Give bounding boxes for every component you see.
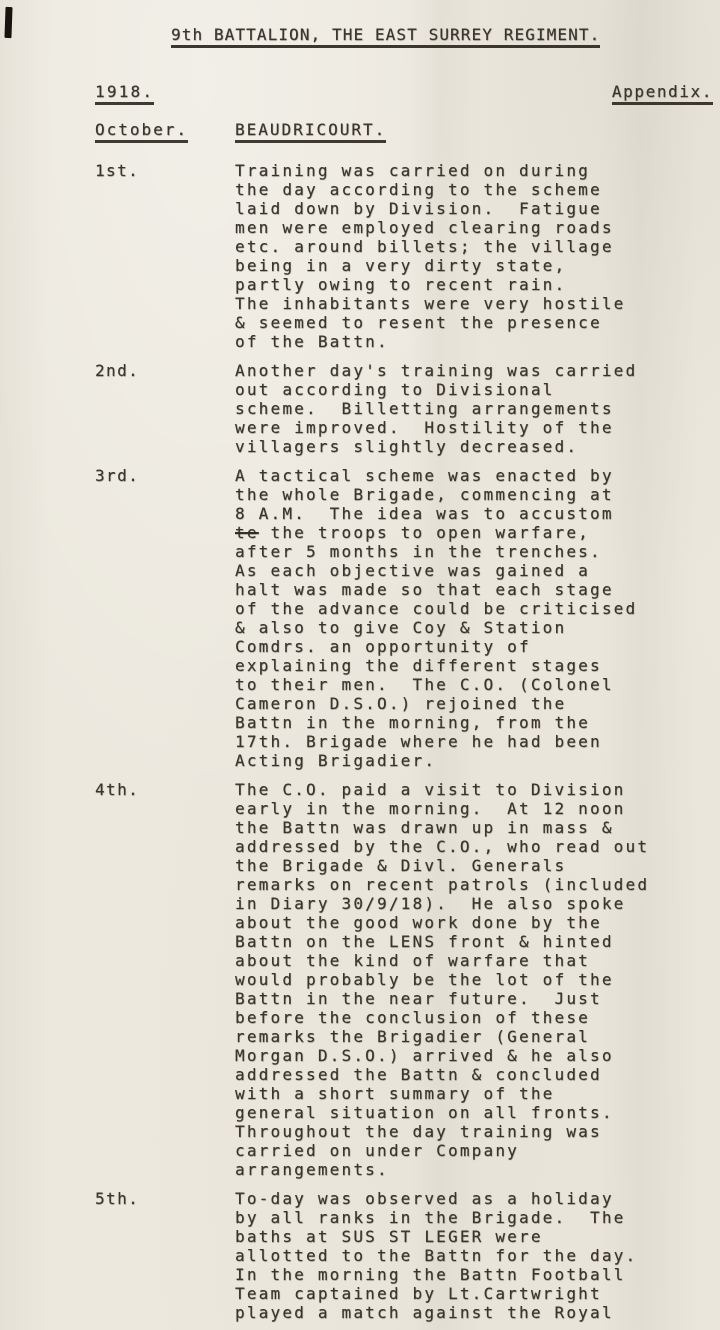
entry-text-line: Training was carried on during: [235, 161, 625, 180]
entry-text-line: by all ranks in the Brigade. The: [235, 1208, 637, 1227]
entry-text-line: etc. around billets; the village: [235, 237, 625, 256]
year-label: 1918.: [95, 83, 154, 105]
month-label: October.: [95, 121, 188, 143]
entry-text-line: general situation on all fronts.: [235, 1103, 649, 1122]
entry-text-line: of the advance could be criticised: [235, 599, 637, 618]
entry-text-line: Throughout the day training was: [235, 1122, 649, 1141]
location-heading: BEAUDRICOURT.: [235, 121, 386, 143]
diary-entries: 1st.Training was carried on duringthe da…: [95, 161, 720, 1330]
entry-text-line: Team captained by Lt.Cartwright: [235, 1284, 637, 1303]
diary-entry: 5th.To-day was observed as a holidayby a…: [95, 1189, 720, 1322]
entry-text: The C.O. paid a visit to Divisionearly i…: [235, 780, 649, 1179]
entry-text-line: 8 A.M. The idea was to accustom: [235, 504, 637, 523]
entry-text-line: In the morning the Battn Football: [235, 1265, 637, 1284]
entry-text-line: about the kind of warfare that: [235, 951, 649, 970]
entry-text-line: laid down by Division. Fatigue: [235, 199, 625, 218]
year-row: 1918. Appendix.: [95, 83, 713, 105]
entry-text-line: The inhabitants were very hostile: [235, 294, 625, 313]
entry-text-line: te the troops to open warfare,: [235, 523, 637, 542]
entry-text-line: early in the morning. At 12 noon: [235, 799, 649, 818]
entry-text-line: carried on under Company: [235, 1141, 649, 1160]
entry-text-line: to their men. The C.O. (Colonel: [235, 675, 637, 694]
entry-text-line: Morgan D.S.O.) arrived & he also: [235, 1046, 649, 1065]
entry-text-line: baths at SUS ST LEGER were: [235, 1227, 637, 1246]
entry-day-label: 1st.: [95, 161, 235, 351]
war-diary-page: 9th BATTALION, THE EAST SURREY REGIMENT.…: [0, 0, 720, 1330]
diary-entry: 3rd.A tactical scheme was enacted bythe …: [95, 466, 720, 770]
entry-text-line: after 5 months in the trenches.: [235, 542, 637, 561]
entry-text-line: the whole Brigade, commencing at: [235, 485, 637, 504]
entry-text-line: Comdrs. an opportunity of: [235, 637, 637, 656]
month-cell: October.: [95, 121, 235, 143]
entry-text-line: remarks on recent patrols (included: [235, 875, 649, 894]
entry-text-line: addressed the Battn & concluded: [235, 1065, 649, 1084]
entry-day-label: 2nd.: [95, 361, 235, 456]
appendix-label: Appendix.: [612, 83, 713, 105]
entry-text-line: 17th. Brigade where he had been: [235, 732, 637, 751]
entry-text-line: To-day was observed as a holiday: [235, 1189, 637, 1208]
entry-text-line: addressed by the C.O., who read out: [235, 837, 649, 856]
page-title: 9th BATTALION, THE EAST SURREY REGIMENT.: [171, 26, 600, 48]
entry-text: To-day was observed as a holidayby all r…: [235, 1189, 637, 1322]
entry-text-line: scheme. Billetting arrangements: [235, 399, 637, 418]
diary-entry: 4th.The C.O. paid a visit to Divisionear…: [95, 780, 720, 1179]
entry-text-line: Cameron D.S.O.) rejoined the: [235, 694, 637, 713]
entry-text-line: & seemed to resent the presence: [235, 313, 625, 332]
entry-text-line: & also to give Coy & Station: [235, 618, 637, 637]
entry-text-line: men were employed clearing roads: [235, 218, 625, 237]
diary-entry: 2nd.Another day's training was carriedou…: [95, 361, 720, 456]
entry-text-line: out according to Divisional: [235, 380, 637, 399]
entry-text-line: Battn in the near future. Just: [235, 989, 649, 1008]
entry-text-line: would probably be the lot of the: [235, 970, 649, 989]
entry-text-line: allotted to the Battn for the day.: [235, 1246, 637, 1265]
entry-text-line: the day according to the scheme: [235, 180, 625, 199]
entry-day-label: 3rd.: [95, 466, 235, 770]
entry-text-line: As each objective was gained a: [235, 561, 637, 580]
diary-entry: 1st.Training was carried on duringthe da…: [95, 161, 720, 351]
entry-text-line: played a match against the Royal: [235, 1303, 637, 1322]
entry-text-line: Battn on the LENS front & hinted: [235, 932, 649, 951]
scan-artifact-mark: [4, 7, 12, 38]
entry-day-label: 5th.: [95, 1189, 235, 1322]
entry-text-line: the Battn was drawn up in mass &: [235, 818, 649, 837]
entry-text-line: explaining the different stages: [235, 656, 637, 675]
entry-text-line: Another day's training was carried: [235, 361, 637, 380]
entry-text: Training was carried on duringthe day ac…: [235, 161, 625, 351]
location-row: October. BEAUDRICOURT.: [95, 121, 386, 143]
entry-text-line: Battn in the morning, from the: [235, 713, 637, 732]
entry-text-line: with a short summary of the: [235, 1084, 649, 1103]
entry-text-line: of the Battn.: [235, 332, 625, 351]
entry-text-line: partly owing to recent rain.: [235, 275, 625, 294]
entry-text-line: about the good work done by the: [235, 913, 649, 932]
entry-day-label: 4th.: [95, 780, 235, 1179]
entry-text-line: The C.O. paid a visit to Division: [235, 780, 649, 799]
entry-text-line: Acting Brigadier.: [235, 751, 637, 770]
entry-text-line: were improved. Hostility of the: [235, 418, 637, 437]
entry-text-line: the Brigade & Divl. Generals: [235, 856, 649, 875]
entry-text-line: remarks the Brigadier (General: [235, 1027, 649, 1046]
entry-text-line: A tactical scheme was enacted by: [235, 466, 637, 485]
struck-text: te: [235, 523, 259, 542]
entry-text-line: arrangements.: [235, 1160, 649, 1179]
entry-text: A tactical scheme was enacted bythe whol…: [235, 466, 637, 770]
entry-text-line: in Diary 30/9/18). He also spoke: [235, 894, 649, 913]
entry-text-line: being in a very dirty state,: [235, 256, 625, 275]
entry-text-line: villagers slightly decreased.: [235, 437, 637, 456]
entry-text: Another day's training was carriedout ac…: [235, 361, 637, 456]
entry-text-line: before the conclusion of these: [235, 1008, 649, 1027]
entry-text-line: halt was made so that each stage: [235, 580, 637, 599]
